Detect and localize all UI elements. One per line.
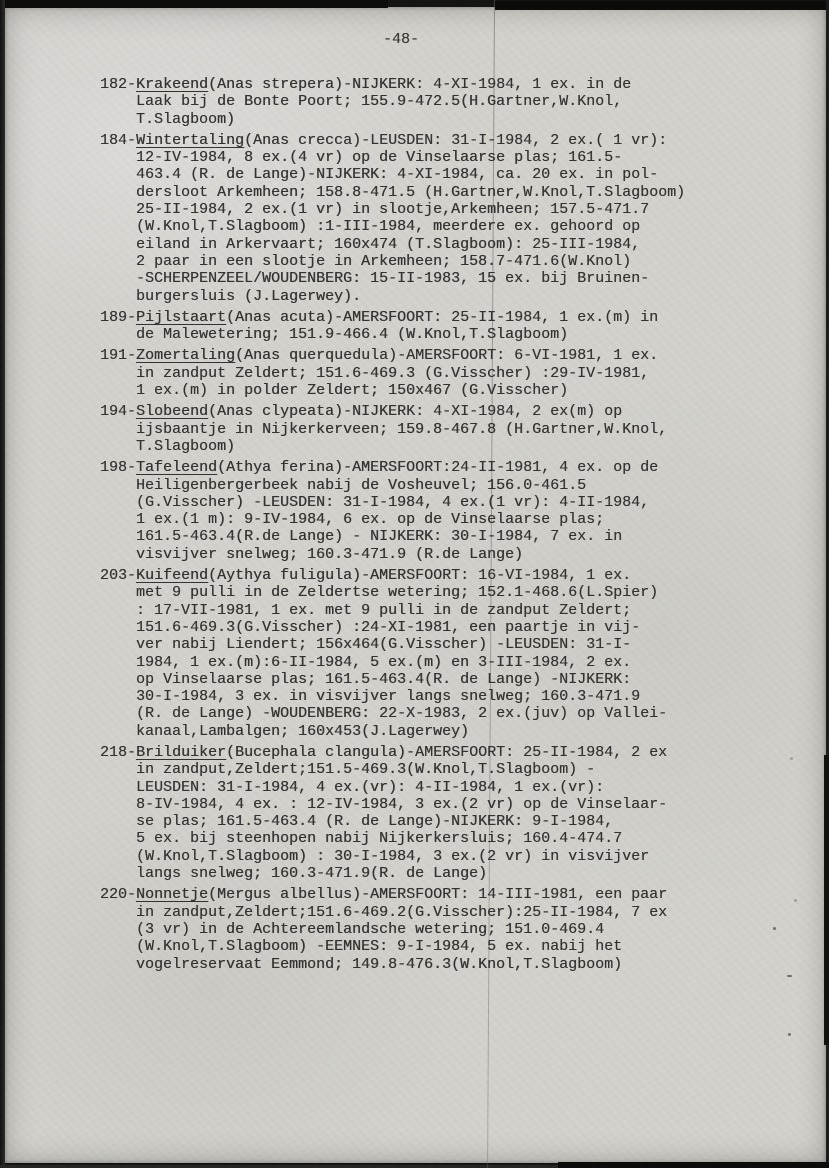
species-name: Slobeend (136, 403, 208, 420)
entry-first-rest: (Anas strepera)-NIJKERK: 4-XI-1984, 1 ex… (208, 76, 631, 93)
entry-line: 1 ex.(m) in polder Zeldert; 150x467 (G.V… (136, 382, 720, 399)
entry-line: visvijver snelweg; 160.3-471.9 (R.de Lan… (136, 546, 720, 563)
entry-line: (G.Visscher) -LEUSDEN: 31-I-1984, 4 ex.(… (136, 494, 720, 511)
photocopy-speck (773, 927, 776, 930)
entry-line: (3 vr) in de Achtereemlandsche wetering;… (136, 921, 720, 938)
entry-first-line: 191-Zomertaling(Anas querquedula)-AMERSF… (100, 347, 720, 364)
entry-line: in zandput,Zeldert;151.6-469.2(G.Vissche… (136, 904, 720, 921)
species-entry: 220-Nonnetje(Mergus albellus)-AMERSFOORT… (100, 886, 720, 972)
entry-number: 203- (100, 567, 136, 584)
entry-line: burgersluis (J.Lagerwey). (136, 288, 720, 305)
entry-lines: de Malewetering; 151.9-466.4 (W.Knol,T.S… (100, 326, 720, 343)
entry-line: 25-II-1984, 2 ex.(1 vr) in slootje,Arkem… (136, 201, 720, 218)
species-name: Zomertaling (136, 347, 235, 364)
species-entry: 191-Zomertaling(Anas querquedula)-AMERSF… (100, 347, 720, 399)
scan-border-top-left (0, 0, 388, 8)
species-name: Brilduiker (136, 744, 226, 761)
scan-border-right-thick (824, 755, 829, 1045)
entry-line: in zandput Zeldert; 151.6-469.3 (G.Vissc… (136, 365, 720, 382)
entry-line: Heiligenbergerbeek nabij de Vosheuvel; 1… (136, 477, 720, 494)
species-name: Tafeleend (136, 459, 217, 476)
entry-line: T.Slagboom) (136, 111, 720, 128)
entry-line: 8-IV-1984, 4 ex. : 12-IV-1984, 3 ex.(2 v… (136, 796, 720, 813)
entry-line: 463.4 (R. de Lange)-NIJKERK: 4-XI-1984, … (136, 166, 720, 183)
entry-line: LEUSDEN: 31-I-1984, 4 ex.(vr): 4-II-1984… (136, 779, 720, 796)
entry-lines: in zandput,Zeldert;151.5-469.3(W.Knol,T.… (100, 761, 720, 882)
photocopy-speck (787, 975, 792, 977)
species-entry: 198-Tafeleend(Athya ferina)-AMERSFOORT:2… (100, 459, 720, 563)
entry-line: langs snelweg; 160.3-471.9(R. de Lange) (136, 865, 720, 882)
entry-number: 218- (100, 744, 136, 761)
entry-line: ijsbaantje in Nijkerkerveen; 159.8-467.8… (136, 421, 720, 438)
entry-line: 1984, 1 ex.(m):6-II-1984, 5 ex.(m) en 3-… (136, 654, 720, 671)
entry-number: 184- (100, 132, 136, 149)
entry-first-line: 189-Pijlstaart(Anas acuta)-AMERSFOORT: 2… (100, 309, 720, 326)
entry-line: (W.Knol,T.Slagboom) : 30-I-1984, 3 ex.(2… (136, 848, 720, 865)
entry-number: 194- (100, 403, 136, 420)
scan-border-left (0, 0, 5, 1168)
entry-first-line: 198-Tafeleend(Athya ferina)-AMERSFOORT:2… (100, 459, 720, 476)
entry-lines: 12-IV-1984, 8 ex.(4 vr) op de Vinselaars… (100, 149, 720, 305)
photocopy-speck (790, 757, 793, 760)
entry-first-line: 220-Nonnetje(Mergus albellus)-AMERSFOORT… (100, 886, 720, 903)
entry-line: 2 paar in een slootje in Arkemheen; 158.… (136, 253, 720, 270)
entry-number: 220- (100, 886, 136, 903)
entry-line: in zandput,Zeldert;151.5-469.3(W.Knol,T.… (136, 761, 720, 778)
species-entry: 203-Kuifeend(Aythya fuligula)-AMERSFOORT… (100, 567, 720, 740)
entry-first-line: 218-Brilduiker(Bucephala clangula)-AMERS… (100, 744, 720, 761)
entry-number: 191- (100, 347, 136, 364)
species-name: Wintertaling (136, 132, 244, 149)
entry-first-rest: (Anas clypeata)-NIJKERK: 4-XI-1984, 2 ex… (208, 403, 622, 420)
entry-line: kanaal,Lambalgen; 160x453(J.Lagerwey) (136, 723, 720, 740)
entry-line: se plas; 161.5-463.4 (R. de Lange)-NIJKE… (136, 813, 720, 830)
page-number: -48- (383, 31, 419, 48)
entry-line: -SCHERPENZEEL/WOUDENBERG: 15-II-1983, 15… (136, 270, 720, 287)
entry-number: 189- (100, 309, 136, 326)
entry-line: met 9 pulli in de Zeldertse wetering; 15… (136, 584, 720, 601)
entry-lines: in zandput Zeldert; 151.6-469.3 (G.Vissc… (100, 365, 720, 400)
entry-line: 30-I-1984, 3 ex. in visvijver langs snel… (136, 688, 720, 705)
entry-first-rest: (Mergus albellus)-AMERSFOORT: 14-III-198… (208, 886, 667, 903)
entry-line: op Vinselaarse plas; 161.5-463.4(R. de L… (136, 671, 720, 688)
entry-lines: in zandput,Zeldert;151.6-469.2(G.Vissche… (100, 904, 720, 973)
species-name: Krakeend (136, 76, 208, 93)
entry-line: 12-IV-1984, 8 ex.(4 vr) op de Vinselaars… (136, 149, 720, 166)
entry-line: 161.5-463.4(R.de Lange) - NIJKERK: 30-I-… (136, 528, 720, 545)
species-entry: 189-Pijlstaart(Anas acuta)-AMERSFOORT: 2… (100, 309, 720, 344)
entry-first-rest: (Anas acuta)-AMERSFOORT: 25-II-1984, 1 e… (226, 309, 658, 326)
entry-line: 1 ex.(1 m): 9-IV-1984, 6 ex. op de Vinse… (136, 511, 720, 528)
entry-first-rest: (Athya ferina)-AMERSFOORT:24-II-1981, 4 … (217, 459, 658, 476)
photocopy-speck (794, 899, 797, 902)
entry-line: vogelreservaat Eemmond; 149.8-476.3(W.Kn… (136, 956, 720, 973)
entry-first-line: 194-Slobeend(Anas clypeata)-NIJKERK: 4-X… (100, 403, 720, 420)
entry-line: de Malewetering; 151.9-466.4 (W.Knol,T.S… (136, 326, 720, 343)
entry-line: 5 ex. bij steenhopen nabij Nijkerkerslui… (136, 830, 720, 847)
species-entry: 182-Krakeend(Anas strepera)-NIJKERK: 4-X… (100, 76, 720, 128)
species-entry: 194-Slobeend(Anas clypeata)-NIJKERK: 4-X… (100, 403, 720, 455)
entry-line: eiland in Arkervaart; 160x474 (T.Slagboo… (136, 236, 720, 253)
species-name: Kuifeend (136, 567, 208, 584)
entry-first-line: 203-Kuifeend(Aythya fuligula)-AMERSFOORT… (100, 567, 720, 584)
entry-line: : 17-VII-1981, 1 ex. met 9 pulli in de z… (136, 602, 720, 619)
entry-lines: Heiligenbergerbeek nabij de Vosheuvel; 1… (100, 477, 720, 563)
entry-line: Laak bij de Bonte Poort; 155.9-472.5(H.G… (136, 93, 720, 110)
entry-lines: ijsbaantje in Nijkerkerveen; 159.8-467.8… (100, 421, 720, 456)
entry-number: 182- (100, 76, 136, 93)
entry-first-rest: (Anas crecca)-LEUSDEN: 31-I-1984, 2 ex.(… (244, 132, 667, 149)
entry-lines: met 9 pulli in de Zeldertse wetering; 15… (100, 584, 720, 740)
entry-line: dersloot Arkemheen; 158.8-471.5 (H.Gartn… (136, 184, 720, 201)
photocopy-speck (788, 1033, 791, 1036)
entry-first-rest: (Aythya fuligula)-AMERSFOORT: 16-VI-1984… (208, 567, 631, 584)
species-entry: 218-Brilduiker(Bucephala clangula)-AMERS… (100, 744, 720, 882)
entry-line: ver nabij Liendert; 156x464(G.Visscher) … (136, 636, 720, 653)
entry-line: T.Slagboom) (136, 438, 720, 455)
species-name: Pijlstaart (136, 309, 226, 326)
entry-number: 198- (100, 459, 136, 476)
entry-lines: Laak bij de Bonte Poort; 155.9-472.5(H.G… (100, 93, 720, 128)
entry-line: (R. de Lange) -WOUDENBERG: 22-X-1983, 2 … (136, 705, 720, 722)
entry-first-line: 182-Krakeend(Anas strepera)-NIJKERK: 4-X… (100, 76, 720, 93)
entries: 182-Krakeend(Anas strepera)-NIJKERK: 4-X… (100, 76, 720, 977)
entry-line: (W.Knol,T.Slagboom) -EEMNES: 9-I-1984, 5… (136, 938, 720, 955)
entry-line: 151.6-469.3(G.Visscher) :24-XI-1981, een… (136, 619, 720, 636)
entry-first-rest: (Bucephala clangula)-AMERSFOORT: 25-II-1… (226, 744, 667, 761)
species-name: Nonnetje (136, 886, 208, 903)
scan-border-top-right (495, 1, 829, 10)
species-entry: 184-Wintertaling(Anas crecca)-LEUSDEN: 3… (100, 132, 720, 305)
entry-first-line: 184-Wintertaling(Anas crecca)-LEUSDEN: 3… (100, 132, 720, 149)
entry-first-rest: (Anas querquedula)-AMERSFOORT: 6-VI-1981… (235, 347, 658, 364)
scanned-page: -48- 182-Krakeend(Anas strepera)-NIJKERK… (0, 0, 829, 1168)
entry-line: (W.Knol,T.Slagboom) :1-III-1984, meerder… (136, 218, 720, 235)
scan-border-bottom-right (558, 1162, 829, 1168)
